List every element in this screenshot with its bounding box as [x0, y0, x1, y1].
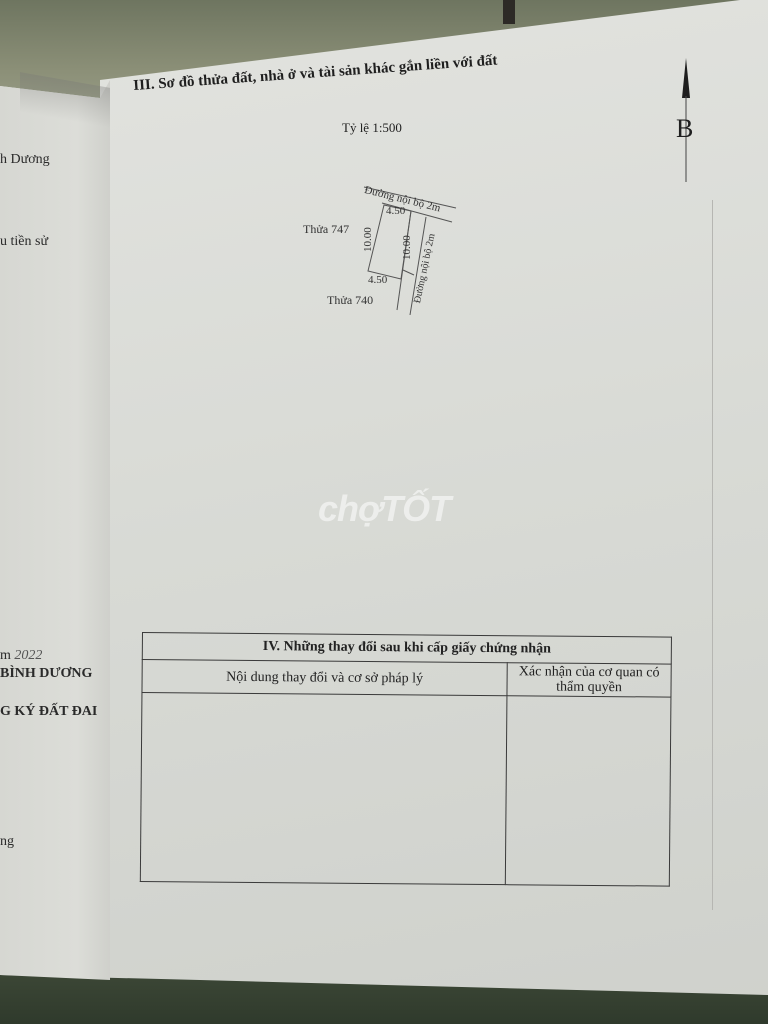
left-fragment-3: m 2022: [0, 648, 42, 664]
column-header-content: Nội dung thay đổi và cơ sở pháp lý: [142, 660, 507, 696]
watermark-logo: chợTỐT: [318, 488, 450, 530]
left-fragment-6: ng: [0, 834, 14, 850]
column-header-confirmation: Xác nhận của cơ quan có thẩm quyền: [507, 663, 671, 697]
paper-crease: [712, 200, 713, 910]
left-length-label: 10.00: [362, 227, 374, 252]
neighbor-west-label: Thửa 747: [303, 222, 349, 237]
scale-label: Tỷ lệ 1:500: [342, 120, 402, 136]
left-fragment-4: BÌNH DƯƠNG: [0, 666, 92, 682]
left-fragment-2: u tiền sử: [0, 234, 48, 250]
table-cell-content: [140, 693, 507, 885]
top-width-label: 4.50: [386, 205, 405, 217]
table-cell-confirmation: [505, 696, 671, 886]
north-label: B: [676, 114, 693, 144]
left-fragment-1: h Dương: [0, 152, 50, 168]
left-page: [0, 80, 110, 980]
changes-table: IV. Những thay đổi sau khi cấp giấy chứn…: [140, 632, 672, 887]
left-fragment-5: G KÝ ĐẤT ĐAI: [0, 704, 97, 720]
right-length-label: 10.00: [401, 235, 413, 260]
left-fragment-3-prefix: m: [0, 648, 11, 663]
background-pole: [503, 0, 515, 24]
bottom-width-label: 4.50: [368, 274, 387, 286]
neighbor-south-label: Thửa 740: [327, 293, 373, 308]
handwritten-year: 2022: [14, 648, 42, 663]
